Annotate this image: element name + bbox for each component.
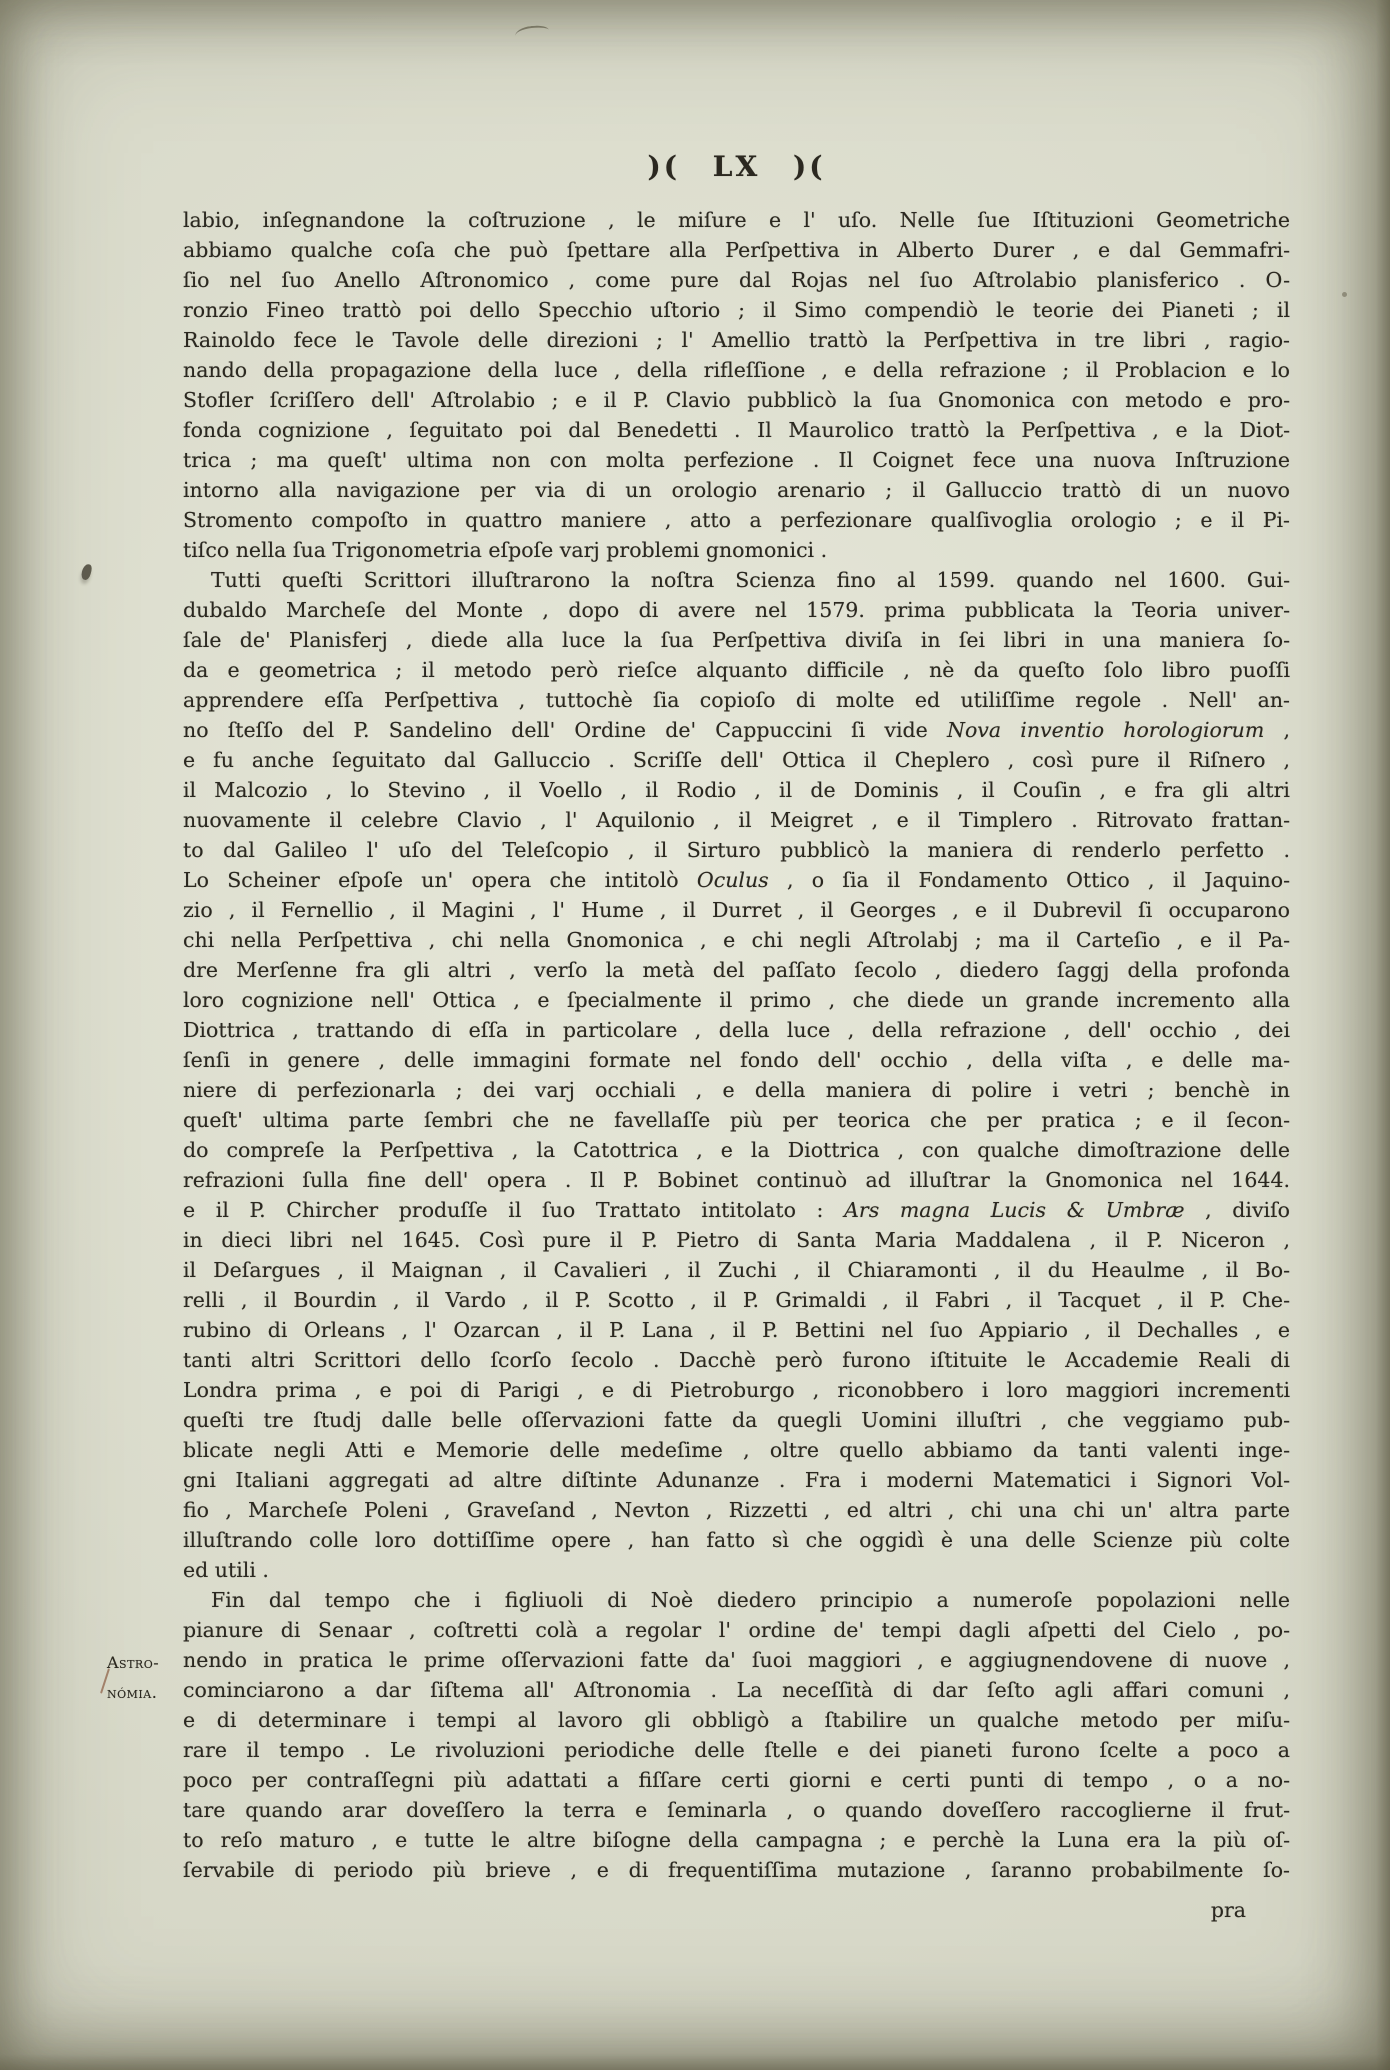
text-line: zio , il Fernellio , il Magini , l' Hume… bbox=[183, 895, 1290, 925]
text-line: trica ; ma queſt' ultima non con molta p… bbox=[183, 445, 1290, 475]
text-segment: rubino di Orleans , l' Ozarcan , il P. L… bbox=[183, 1318, 1290, 1342]
text-line: Lo Scheiner eſpoſe un' opera che intitol… bbox=[183, 865, 1290, 895]
text-segment: refrazioni ſulla fine dell' opera . Il P… bbox=[183, 1168, 1290, 1192]
text-line: il Deſargues , il Maignan , il Cavalieri… bbox=[183, 1255, 1290, 1285]
margin-note-nomia: nómia. bbox=[107, 1678, 177, 1708]
text-line: ſio nel ſuo Anello Aſtronomico , come pu… bbox=[183, 265, 1290, 295]
page-number-header: )( LX )( bbox=[183, 150, 1290, 183]
text-segment: ſenſi in genere , delle immagini formate… bbox=[183, 1048, 1290, 1072]
text-segment: apprendere eſſa Perſpettiva , tuttochè ſ… bbox=[183, 688, 1290, 712]
text-line: poco per contraſſegni più adattati a fiſ… bbox=[183, 1765, 1290, 1795]
margin-note-astro: Astro- bbox=[107, 1648, 177, 1678]
text-segment: intorno alla navigazione per via di un o… bbox=[183, 478, 1290, 502]
text-line: in dieci libri nel 1645. Così pure il P.… bbox=[183, 1225, 1290, 1255]
text-segment: Fin dal tempo che i figliuoli di Noè die… bbox=[211, 1588, 1290, 1612]
text-segment: e di determinare i tempi al lavoro gli o… bbox=[183, 1708, 1290, 1732]
text-segment: , diviſo bbox=[1184, 1198, 1290, 1222]
text-line: rare il tempo . Le rivoluzioni periodich… bbox=[183, 1735, 1290, 1765]
text-segment: rare il tempo . Le rivoluzioni periodich… bbox=[183, 1738, 1290, 1762]
paper-blemish-spot bbox=[80, 563, 93, 581]
text-segment: nuovamente il celebre Clavio , l' Aquilo… bbox=[183, 808, 1290, 832]
text-segment: to dal Galileo l' uſo del Teleſcopio , i… bbox=[183, 838, 1290, 862]
text-segment: Stromento compoſto in quattro maniere , … bbox=[183, 508, 1290, 532]
text-line: tanti altri Scrittori dello ſcorſo ſecol… bbox=[183, 1345, 1290, 1375]
text-line: Stromento compoſto in quattro maniere , … bbox=[183, 505, 1290, 535]
text-line: Stofler ſcriſſero dell' Aſtrolabio ; e i… bbox=[183, 385, 1290, 415]
text-segment: Londra prima , e poi di Parigi , e di Pi… bbox=[183, 1378, 1290, 1402]
text-line: rubino di Orleans , l' Ozarcan , il P. L… bbox=[183, 1315, 1290, 1345]
text-line: e di determinare i tempi al lavoro gli o… bbox=[183, 1705, 1290, 1735]
text-line: loro cognizione nell' Ottica , e ſpecial… bbox=[183, 985, 1290, 1015]
text-segment: loro cognizione nell' Ottica , e ſpecial… bbox=[183, 988, 1290, 1012]
text-segment: pianure di Senaar , coſtretti colà a reg… bbox=[183, 1618, 1290, 1642]
text-line: to dal Galileo l' uſo del Teleſcopio , i… bbox=[183, 835, 1290, 865]
text-segment: in dieci libri nel 1645. Così pure il P.… bbox=[183, 1228, 1290, 1252]
text-segment: abbiamo qualche coſa che può ſpettare al… bbox=[183, 238, 1290, 262]
text-segment: dubaldo Marcheſe del Monte , dopo di ave… bbox=[183, 598, 1290, 622]
text-line: ronzio Fineo trattò poi dello Specchio u… bbox=[183, 295, 1290, 325]
text-line: nando della propagazione della luce , de… bbox=[183, 355, 1290, 385]
text-segment: relli , il Bourdin , il Vardo , il P. Sc… bbox=[183, 1288, 1290, 1312]
text-line: ſale de' Planisferj , diede alla luce la… bbox=[183, 625, 1290, 655]
text-segment: e fu anche ſeguitato dal Galluccio . Scr… bbox=[183, 748, 1290, 772]
text-line: cominciarono a dar ſiſtema all' Aſtronom… bbox=[183, 1675, 1290, 1705]
text-segment: zio , il Fernellio , il Magini , l' Hume… bbox=[183, 898, 1290, 922]
text-line: ed utili . bbox=[183, 1555, 1290, 1585]
text-line: illuſtrando colle loro dottiſſime opere … bbox=[183, 1525, 1290, 1555]
text-segment: ſervabile di periodo più brieve , e di f… bbox=[183, 1858, 1290, 1882]
body-text-block: labio, inſegnandone la coſtruzione , le … bbox=[183, 205, 1290, 1885]
text-segment: labio, inſegnandone la coſtruzione , le … bbox=[183, 208, 1290, 232]
text-line: labio, inſegnandone la coſtruzione , le … bbox=[183, 205, 1290, 235]
text-segment: cominciarono a dar ſiſtema all' Aſtronom… bbox=[183, 1678, 1290, 1702]
text-segment: ſale de' Planisferj , diede alla luce la… bbox=[183, 628, 1290, 652]
text-line: do compreſe la Perſpettiva , la Catottri… bbox=[183, 1135, 1290, 1165]
text-line: ſenſi in genere , delle immagini formate… bbox=[183, 1045, 1290, 1075]
text-segment: no ſteſſo del P. Sandelino dell' Ordine … bbox=[183, 718, 947, 742]
text-segment: ronzio Fineo trattò poi dello Specchio u… bbox=[183, 298, 1290, 322]
text-line: no ſteſſo del P. Sandelino dell' Ordine … bbox=[183, 715, 1290, 745]
text-line: nuovamente il celebre Clavio , l' Aquilo… bbox=[183, 805, 1290, 835]
text-segment: poco per contraſſegni più adattati a fiſ… bbox=[183, 1768, 1290, 1792]
text-segment: queſt' ultima parte ſembri che ne favell… bbox=[183, 1108, 1290, 1132]
text-segment: , o ſia il Fondamento Ottico , il Jaquin… bbox=[769, 868, 1290, 892]
text-segment: fio , Marcheſe Poleni , Graveſand , Nevt… bbox=[183, 1498, 1290, 1522]
text-segment: nendo in pratica le prime oſſervazioni f… bbox=[183, 1648, 1290, 1672]
text-segment: illuſtrando colle loro dottiſſime opere … bbox=[183, 1528, 1290, 1552]
text-line: pianure di Senaar , coſtretti colà a reg… bbox=[183, 1615, 1290, 1645]
text-line: Rainoldo fece le Tavole delle direzioni … bbox=[183, 325, 1290, 355]
italic-text-segment: Oculus bbox=[697, 868, 769, 892]
text-segment: Diottrica , trattando di eſſa in partico… bbox=[183, 1018, 1290, 1042]
text-segment: gni Italiani aggregati ad altre diſtinte… bbox=[183, 1468, 1290, 1492]
text-segment: to reſo maturo , e tutte le altre biſogn… bbox=[183, 1828, 1290, 1852]
text-line: tare quando arar doveſſero la terra e ſe… bbox=[183, 1795, 1290, 1825]
text-line: niere di perfezionarla ; dei varj occhia… bbox=[183, 1075, 1290, 1105]
text-segment: da e geometrica ; il metodo però rieſce … bbox=[183, 658, 1290, 682]
text-segment: dre Merſenne fra gli altri , verſo la me… bbox=[183, 958, 1290, 982]
text-line: e il P. Chircher produſſe il ſuo Trattat… bbox=[183, 1195, 1290, 1225]
text-segment: tanti altri Scrittori dello ſcorſo ſecol… bbox=[183, 1348, 1290, 1372]
text-line: chi nella Perſpettiva , chi nella Gnomon… bbox=[183, 925, 1290, 955]
page-edge-shadow-bottom bbox=[0, 2054, 1390, 2070]
text-line: il Malcozio , lo Stevino , il Voello , i… bbox=[183, 775, 1290, 805]
text-segment: tiſco nella ſua Trigonometria eſpoſe var… bbox=[183, 538, 827, 562]
paper-blemish-mark bbox=[514, 24, 549, 41]
text-line: Diottrica , trattando di eſſa in partico… bbox=[183, 1015, 1290, 1045]
text-segment: niere di perfezionarla ; dei varj occhia… bbox=[183, 1078, 1290, 1102]
catchword: pra bbox=[183, 1898, 1246, 1922]
text-line: tiſco nella ſua Trigonometria eſpoſe var… bbox=[183, 535, 1290, 565]
text-line: dre Merſenne fra gli altri , verſo la me… bbox=[183, 955, 1290, 985]
text-line: fonda cognizione , ſeguitato poi dal Ben… bbox=[183, 415, 1290, 445]
text-line: e fu anche ſeguitato dal Galluccio . Scr… bbox=[183, 745, 1290, 775]
text-segment: ſio nel ſuo Anello Aſtronomico , come pu… bbox=[183, 268, 1290, 292]
text-line: intorno alla navigazione per via di un o… bbox=[183, 475, 1290, 505]
text-line: fio , Marcheſe Poleni , Graveſand , Nevt… bbox=[183, 1495, 1290, 1525]
text-segment: tare quando arar doveſſero la terra e ſe… bbox=[183, 1798, 1290, 1822]
text-line: to reſo maturo , e tutte le altre biſogn… bbox=[183, 1825, 1290, 1855]
text-segment: do compreſe la Perſpettiva , la Catottri… bbox=[183, 1138, 1290, 1162]
text-line: refrazioni ſulla fine dell' opera . Il P… bbox=[183, 1165, 1290, 1195]
italic-text-segment: Ars magna Lucis & Umbræ bbox=[844, 1198, 1184, 1222]
text-segment: Rainoldo fece le Tavole delle direzioni … bbox=[183, 328, 1290, 352]
text-line: gni Italiani aggregati ad altre diſtinte… bbox=[183, 1465, 1290, 1495]
text-line: da e geometrica ; il metodo però rieſce … bbox=[183, 655, 1290, 685]
italic-text-segment: Nova inventio horologiorum bbox=[947, 718, 1264, 742]
text-segment: Stofler ſcriſſero dell' Aſtrolabio ; e i… bbox=[183, 388, 1290, 412]
text-segment: il Deſargues , il Maignan , il Cavalieri… bbox=[183, 1258, 1290, 1282]
text-segment: e il P. Chircher produſſe il ſuo Trattat… bbox=[183, 1198, 844, 1222]
text-line: nendo in pratica le prime oſſervazioni f… bbox=[183, 1645, 1290, 1675]
text-line: Fin dal tempo che i figliuoli di Noè die… bbox=[183, 1585, 1290, 1615]
text-line: apprendere eſſa Perſpettiva , tuttochè ſ… bbox=[183, 685, 1290, 715]
text-segment: , bbox=[1264, 718, 1290, 742]
text-segment: ed utili . bbox=[183, 1558, 269, 1582]
text-segment: Lo Scheiner eſpoſe un' opera che intitol… bbox=[183, 868, 697, 892]
text-line: queſt' ultima parte ſembri che ne favell… bbox=[183, 1105, 1290, 1135]
text-segment: il Malcozio , lo Stevino , il Voello , i… bbox=[183, 778, 1290, 802]
text-segment: Tutti queſti Scrittori illuſtrarono la n… bbox=[211, 568, 1290, 592]
text-line: queſti tre ſtudj dalle belle oſſervazion… bbox=[183, 1405, 1290, 1435]
text-segment: trica ; ma queſt' ultima non con molta p… bbox=[183, 448, 1290, 472]
book-page-scan: )( LX )( labio, inſegnandone la coſtruzi… bbox=[0, 0, 1390, 2070]
page-edge-shadow-right bbox=[1376, 0, 1390, 2070]
text-line: abbiamo qualche coſa che può ſpettare al… bbox=[183, 235, 1290, 265]
text-segment: chi nella Perſpettiva , chi nella Gnomon… bbox=[183, 928, 1290, 952]
text-segment: queſti tre ſtudj dalle belle oſſervazion… bbox=[183, 1408, 1290, 1432]
text-line: blicate negli Atti e Memorie delle medeſ… bbox=[183, 1435, 1290, 1465]
text-segment: fonda cognizione , ſeguitato poi dal Ben… bbox=[183, 418, 1290, 442]
paper-blemish-dot bbox=[1342, 292, 1347, 297]
text-segment: nando della propagazione della luce , de… bbox=[183, 358, 1290, 382]
text-line: relli , il Bourdin , il Vardo , il P. Sc… bbox=[183, 1285, 1290, 1315]
text-line: ſervabile di periodo più brieve , e di f… bbox=[183, 1855, 1290, 1885]
text-line: Tutti queſti Scrittori illuſtrarono la n… bbox=[183, 565, 1290, 595]
text-segment: blicate negli Atti e Memorie delle medeſ… bbox=[183, 1438, 1290, 1462]
text-line: Londra prima , e poi di Parigi , e di Pi… bbox=[183, 1375, 1290, 1405]
text-line: dubaldo Marcheſe del Monte , dopo di ave… bbox=[183, 595, 1290, 625]
